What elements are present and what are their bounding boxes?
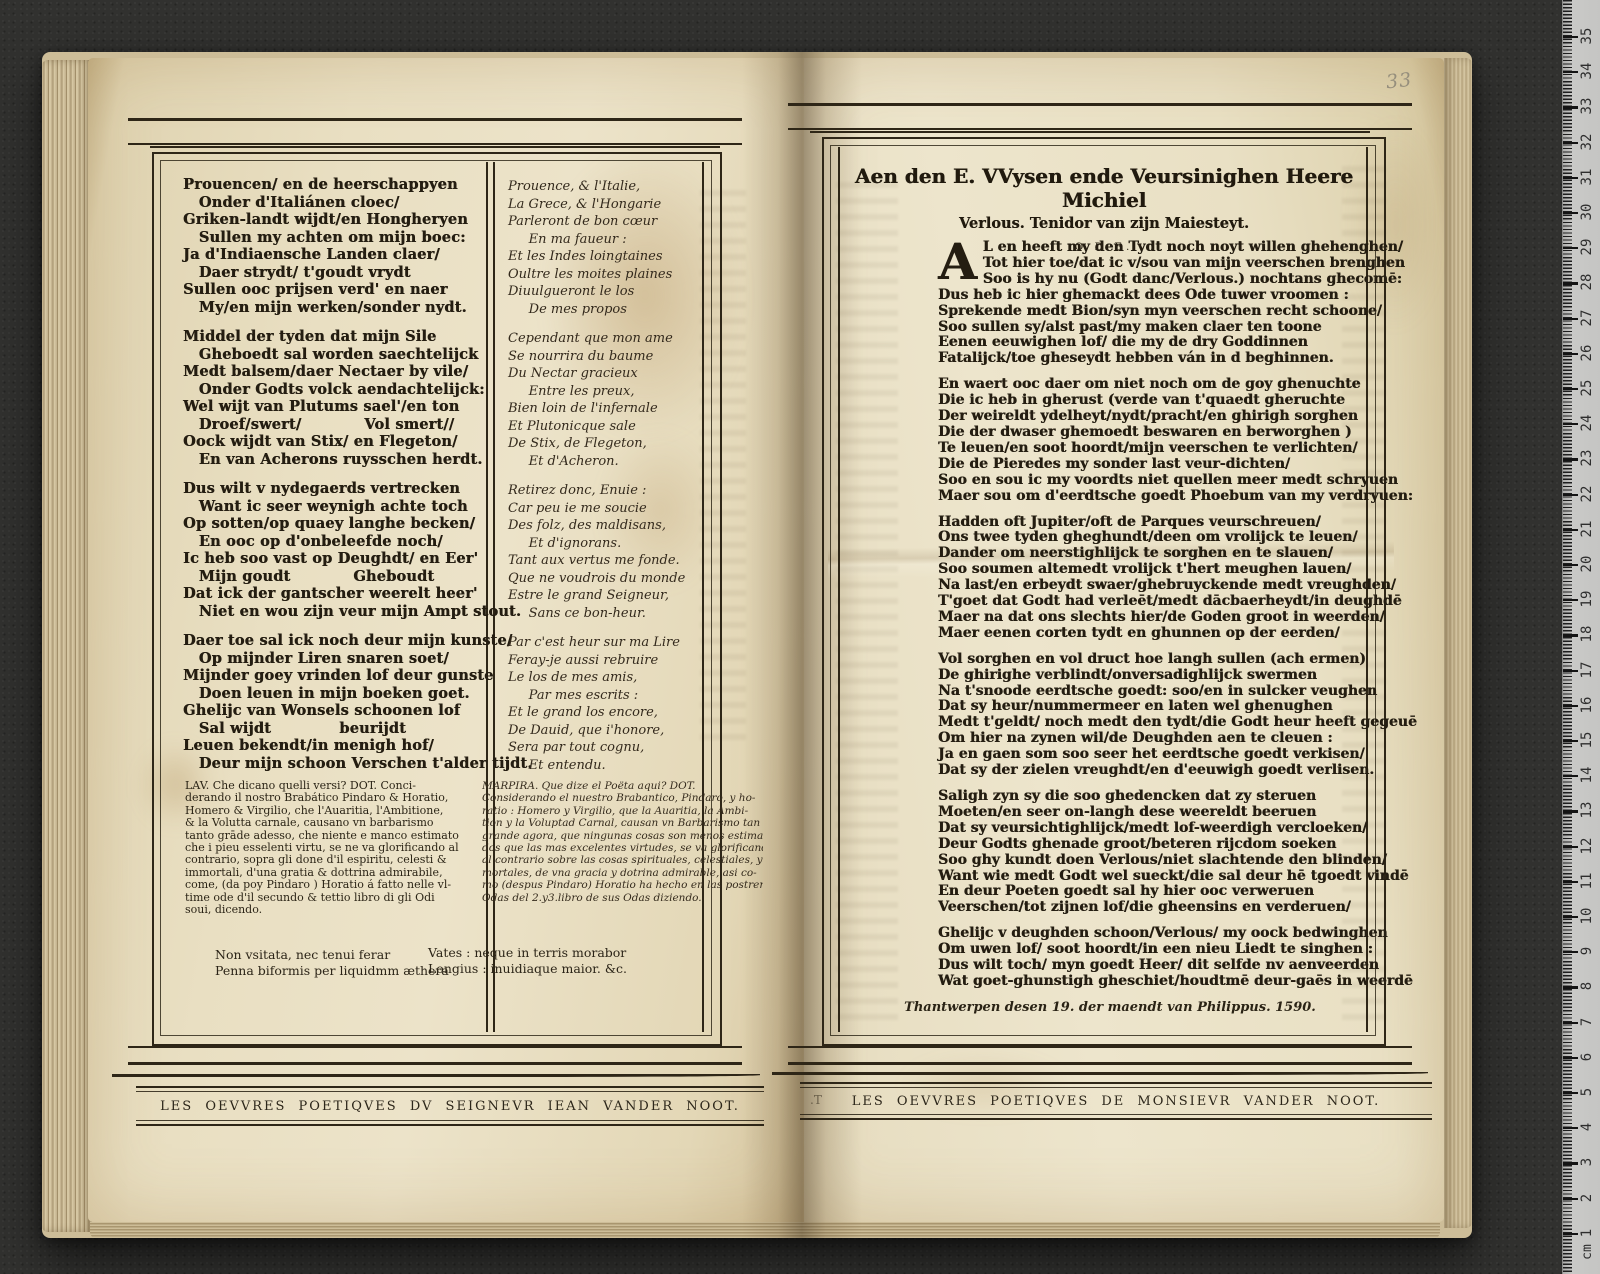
ruler-number: 30 [1577, 200, 1597, 224]
prose-line: time ode d'il secundo & tettio libro di … [185, 892, 763, 904]
ode-stanza: AL en heeft my den Tydt noch noyt willen… [938, 240, 1380, 367]
ruler-number: 13 [1577, 798, 1597, 822]
quote-line: Longius : inuidiaque maior. &c. [428, 961, 627, 977]
dutch-stanza: Middel der tyden dat mijn Sile Gheboedt … [183, 328, 495, 468]
verse-line: Maer eenen corten tydt en ghunnen op der… [938, 626, 1380, 642]
ruler-major-tick [1563, 353, 1578, 355]
prose-italic-text: tion y la Voluptad Carnal, causan vn Bar… [482, 817, 763, 829]
verse-line: En waert ooc daer om niet noch om de goy… [938, 377, 1380, 393]
verse-line: Des folz, des maldisans, [508, 517, 708, 535]
ruler-number: 21 [1577, 517, 1597, 541]
verse-line: Feray-je aussi rebruire [508, 652, 708, 670]
verse-line: Wel wijt van Plutums sael'/en ton [183, 398, 495, 416]
verse-line: Ja d'Indiaensche Landen claer/ [183, 246, 495, 264]
verse-line: Sera par tout cognu, [508, 739, 708, 757]
ruler-minor-ticks [1563, 0, 1572, 1274]
ruler-number: 8 [1577, 974, 1597, 998]
ruler-number: 6 [1577, 1045, 1597, 1069]
verse-line: Dus heb ic hier ghemackt dees Ode tuwer … [938, 288, 1380, 304]
prose-line: che i pieu esselenti virtu, se ne va glo… [185, 842, 763, 854]
verse-line: Medt balsem/daer Nectaer by vile/ [183, 363, 495, 381]
verse-line: Daer strydt/ t'goudt vrydt [183, 264, 495, 282]
verse-line: Wat goet-ghunstigh gheschiet/houdtmē deu… [938, 974, 1380, 990]
prose-italic-text: ratio : Homero y Virgilio, que la Auarit… [482, 805, 763, 817]
verse-line: Middel der tyden dat mijn Sile [183, 328, 495, 346]
french-verse-column: Prouence, & l'Italie,La Grece, & l'Honga… [508, 178, 708, 786]
quote-line: Non vsitata, nec tenui ferar [215, 947, 449, 963]
verse-line: Sullen my achten om mijn boec: [183, 229, 495, 247]
verse-line: My/en mijn werken/sonder nydt. [183, 299, 495, 317]
prose-line: & la Volutta carnale, causano vn barbari… [185, 817, 763, 829]
french-stanza: Prouence, & l'Italie,La Grece, & l'Honga… [508, 178, 708, 318]
verse-line: Op mijnder Liren snaren soet/ [183, 650, 495, 668]
verse-line: Car peu ie me soucie [508, 500, 708, 518]
verse-line: Na t'snoode eerdtsche goedt: soo/en in s… [938, 684, 1380, 700]
ode-stanza: Saligh zyn sy die soo ghedencken dat zy … [938, 789, 1380, 916]
ruler-major-tick [1563, 318, 1578, 320]
verse-line: De mes propos [508, 301, 708, 319]
ruler-number: 33 [1577, 94, 1597, 118]
ruler-major-tick [1563, 705, 1578, 707]
ruler-number: 11 [1577, 869, 1597, 893]
commentary-prose: LAV. Che dicano quelli versi? DOT. Conci… [185, 780, 763, 916]
verse-line: Om hier na zynen wil/de Deughden aen te … [938, 731, 1380, 747]
ruler-number: 3 [1577, 1150, 1597, 1174]
verse-line: Maer na dat ons slechts hier/de Goden gr… [938, 610, 1380, 626]
verse-line: Ic heb soo vast op Deughdt/ en Eer' [183, 550, 495, 568]
ruler-number: 23 [1577, 446, 1597, 470]
verse-line: T'goet dat Godt had verleēt/medt dācbaer… [938, 594, 1380, 610]
verse-line: Die ic heb in gherust (verde van t'quaed… [938, 393, 1380, 409]
verse-line: Ons twee tyden gheghundt/deen om vrolijc… [938, 530, 1380, 546]
ruler-number: 12 [1577, 834, 1597, 858]
dutch-stanza: Daer toe sal ick noch deur mijn kunste/ … [183, 632, 495, 772]
verse-line: Want ic seer weynigh achte toch [183, 498, 495, 516]
ode-stanza: Vol sorghen en vol druct hoe langh sulle… [938, 652, 1380, 779]
ruler-major-tick [1563, 951, 1578, 953]
ruler-major-tick [1563, 1127, 1578, 1129]
ode-verse-column: AL en heeft my den Tydt noch noyt willen… [938, 240, 1380, 1000]
prose-roman-text: come, (da poy Pindaro ) Horatio á fatto … [185, 879, 482, 891]
verse-line: Ja en gaen som soo seer het eerdtsche go… [938, 747, 1380, 763]
ruler-major-tick [1563, 881, 1578, 883]
prose-roman-text: Homero & Virgilio, che l'Auaritia, l'Amb… [185, 805, 482, 817]
verse-line: Oock wijdt van Stix/ en Flegeton/ [183, 433, 495, 451]
verse-line: Soo is hy nu (Godt danc/Verlous.) nochta… [938, 272, 1380, 288]
verse-line: Du Nectar gracieux [508, 365, 708, 383]
verse-line: Soo ghy kundt doen Verlous/niet slachten… [938, 853, 1380, 869]
ruler-number: 14 [1577, 763, 1597, 787]
verse-line: Moeten/en seer on-langh dese weereldt be… [938, 805, 1380, 821]
prose-roman-text: LAV. Che dicano quelli versi? DOT. Conci… [185, 780, 482, 792]
verse-line: Ghelijc v deughden schoon/Verlous/ my oo… [938, 926, 1380, 942]
prose-roman-text: & la Volutta carnale, causano vn barbari… [185, 817, 482, 829]
ruler-number: 27 [1577, 306, 1597, 330]
prose-line: immortali, d'una gratia & dottrina admir… [185, 867, 763, 879]
prose-roman-text: derando il nostro Brabático Pindaro & Ho… [185, 792, 482, 804]
verse-line: En ooc op d'onbeleefde noch/ [183, 533, 495, 551]
ruler-number: 17 [1577, 658, 1597, 682]
verse-line: Deur Godts ghenade groot/beteren rijcdom… [938, 837, 1380, 853]
verse-line: Na last/en erbeydt swaer/ghebruyckende m… [938, 578, 1380, 594]
prose-line: tanto grāde adesso, che niente e manco e… [185, 830, 763, 842]
verse-line: Cependant que mon ame [508, 330, 708, 348]
ruler-major-tick [1563, 1022, 1578, 1024]
measuring-ruler: 3534333231302928272625242322212019181716… [1562, 0, 1600, 1274]
ruler-major-tick [1563, 599, 1578, 601]
ruler-major-tick [1563, 423, 1578, 425]
verse-line: Le los de mes amis, [508, 669, 708, 687]
ruler-unit-label: cm [1577, 1240, 1597, 1264]
verse-line: Que ne voudrois du monde [508, 570, 708, 588]
verse-line: Entre les preux, [508, 383, 708, 401]
verse-line: En van Acherons ruysschen herdt. [183, 451, 495, 469]
ruler-major-tick [1563, 494, 1578, 496]
verse-line: Op sotten/op quaey langhe becken/ [183, 515, 495, 533]
latin-quote-right: Vates : neque in terris moraborLongius :… [428, 945, 627, 977]
verse-line: Gheboedt sal worden saechtelijck [183, 346, 495, 364]
left-frame-skirt [112, 1074, 760, 1077]
ruler-number: 26 [1577, 341, 1597, 365]
verse-line: Oultre les moites plaines [508, 266, 708, 284]
right-page-edges [1444, 58, 1472, 1228]
verse-line: Leuen bekendt/in menigh hof/ [183, 737, 495, 755]
verse-line: Die der dwaser ghemoedt beswaren en berw… [938, 425, 1380, 441]
verse-line: En deur Poeten goedt sal hy hier ooc ver… [938, 884, 1380, 900]
ruler-number: 18 [1577, 622, 1597, 646]
verse-line: Et entendu. [508, 757, 708, 775]
verse-line: Dat sy heur/nummermeer en laten wel ghen… [938, 699, 1380, 715]
prose-italic-text: mo (despus Pindaro) Horatio ha hecho en … [482, 879, 763, 891]
verse-line: Dus wilt toch/ myn goedt Heer/ dit selfd… [938, 958, 1380, 974]
ruler-major-tick [1563, 177, 1578, 179]
verse-line: Medt t'geldt/ noch medt den tydt/die God… [938, 715, 1380, 731]
verse-line: Et d'ignorans. [508, 535, 708, 553]
verse-line: Soo soumen altemedt vrolijck t'hert meug… [938, 562, 1380, 578]
prose-italic-text: Considerando el nuestro Brabantico, Pind… [482, 792, 763, 804]
verse-line: Prouence, & l'Italie, [508, 178, 708, 196]
handwritten-folio-number: 33 [1385, 69, 1413, 94]
verse-line: Mijnder goey vrinden lof deur gunste [183, 667, 495, 685]
ruler-major-tick [1563, 740, 1578, 742]
dedication-subline: Verlous. Tenidor van zijn Maiesteyt. [832, 214, 1376, 234]
ruler-number: 2 [1577, 1186, 1597, 1210]
prose-roman-text: time ode d'il secundo & tettio libro di … [185, 892, 482, 904]
ruler-major-tick [1563, 458, 1578, 460]
dutch-stanza: Prouencen/ en de heerschappyen Onder d'I… [183, 176, 495, 316]
verse-line: Sal wijdt beurijdt [183, 720, 495, 738]
prose-italic-text: MARPIRA. Que dize el Poëta aqui? DOT. [482, 780, 763, 792]
prose-italic-text: mortales, de vna gracia y dotrina admira… [482, 867, 763, 879]
verse-line: Soo sullen sy/alst past/my maken claer t… [938, 320, 1380, 336]
french-stanza: Par c'est heur sur ma LireFeray-je aussi… [508, 634, 708, 774]
verse-line: Prouencen/ en de heerschappyen [183, 176, 495, 194]
left-page-edges [42, 60, 92, 1232]
verse-line: L en heeft my den Tydt noch noyt willen … [938, 240, 1380, 256]
verse-line: Tot hier toe/dat ic v/sou van mijn veers… [938, 256, 1380, 272]
prose-italic-text: Odas del 2.y3.libro de sus Odas diziendo… [482, 892, 763, 904]
ruler-major-tick [1563, 670, 1578, 672]
prose-italic-text: al contrario sobre las cosas spirituales… [482, 854, 763, 866]
ruler-number: 15 [1577, 728, 1597, 752]
ruler-major-tick [1563, 846, 1578, 848]
left-footer-band: LES OEVVRES POETIQVES DV SEIGNEVR IEAN V… [136, 1086, 764, 1126]
ruler-major-tick [1563, 1233, 1578, 1235]
ruler-number: 4 [1577, 1115, 1597, 1139]
prose-line: derando il nostro Brabático Pindaro & Ho… [185, 792, 763, 804]
ruler-number: 5 [1577, 1080, 1597, 1104]
ruler-number: 32 [1577, 130, 1597, 154]
verse-line: Sullen ooc prijsen verd' en naer [183, 281, 495, 299]
verse-line: La Grece, & l'Hongarie [508, 196, 708, 214]
verse-line: De Stix, de Flegeton, [508, 435, 708, 453]
ode-stanza: Hadden oft Jupiter/oft de Parques veursc… [938, 515, 1380, 642]
ruler-major-tick [1563, 810, 1578, 812]
ruler-major-tick [1563, 247, 1578, 249]
verse-line: Mijn goudt Gheboudt [183, 568, 495, 586]
verse-line: Se nourrira du baume [508, 348, 708, 366]
ruler-major-tick [1563, 1198, 1578, 1200]
ruler-number: 16 [1577, 693, 1597, 717]
prose-line: soui, dicendo. [185, 904, 763, 916]
verse-line: Bien loin de l'infernale [508, 400, 708, 418]
quote-line: Vates : neque in terris morabor [428, 945, 627, 961]
verse-line: Dander om neerstighlijck te sorghen en t… [938, 546, 1380, 562]
right-frame-base [788, 1046, 1412, 1065]
prose-line: Homero & Virgilio, che l'Auaritia, l'Amb… [185, 805, 763, 817]
french-stanza: Cependant que mon ameSe nourrira du baum… [508, 330, 708, 470]
verse-line: Om uwen lof/ soot hoordt/in een nieu Lie… [938, 942, 1380, 958]
ruler-major-tick [1563, 388, 1578, 390]
ruler-major-tick [1563, 986, 1578, 988]
prose-italic-text [482, 904, 763, 916]
ruler-number: 35 [1577, 24, 1597, 48]
photo-stage: LES OEVVRES POETIQVES DV SEIGNEVR IEAN V… [0, 0, 1600, 1274]
verse-line: Et le grand los encore, [508, 704, 708, 722]
verse-line: De ghirighe verblindt/onversadighlijck s… [938, 668, 1380, 684]
verse-line: Sprekende medt Bion/syn myn veerschen re… [938, 304, 1380, 320]
verse-line: Saligh zyn sy die soo ghedencken dat zy … [938, 789, 1380, 805]
prose-line: contrario, sopra gli done d'il espiritu,… [185, 854, 763, 866]
ode-stanza: Ghelijc v deughden schoon/Verlous/ my oo… [938, 926, 1380, 990]
ruler-number: 20 [1577, 552, 1597, 576]
verse-line: Et Plutonicque sale [508, 418, 708, 436]
prose-roman-text: che i pieu esselenti virtu, se ne va glo… [185, 842, 482, 854]
ruler-number: 25 [1577, 376, 1597, 400]
verse-line: Et les Indes loingtaines [508, 248, 708, 266]
verse-line: Onder Godts volck aendachtelijck: [183, 381, 495, 399]
right-footer-band: .T LES OEVVRES POETIQVES DE MONSIEVR VAN… [800, 1082, 1432, 1120]
verse-line: Te leuen/en soot hoordt/mijn veerschen t… [938, 441, 1380, 457]
left-frame-base [128, 1046, 742, 1065]
verse-line: Niet en wou zijn veur mijn Ampt stout. [183, 603, 495, 621]
verse-line: Doen leuen in mijn boeken goet. [183, 685, 495, 703]
verse-line: Et d'Acheron. [508, 453, 708, 471]
dutch-verse-column: Prouencen/ en de heerschappyen Onder d'I… [183, 176, 495, 784]
verse-line: Maer sou om d'eerdtsche goedt Phoebum va… [938, 489, 1380, 505]
verse-line: Sans ce bon-heur. [508, 605, 708, 623]
verse-line: Diuulgueront le los [508, 283, 708, 301]
verse-line: Par mes escrits : [508, 687, 708, 705]
right-running-title: LES OEVVRES POETIQVES DE MONSIEVR VANDER… [800, 1084, 1432, 1118]
ruler-major-tick [1563, 775, 1578, 777]
ruler-number: 22 [1577, 482, 1597, 506]
verse-line: Vol sorghen en vol druct hoe langh sulle… [938, 652, 1380, 668]
latin-quote-left: Non vsitata, nec tenui ferarPenna biform… [215, 947, 449, 979]
ruler-number: 28 [1577, 270, 1597, 294]
ruler-major-tick [1563, 106, 1578, 108]
ruler-number: 9 [1577, 939, 1597, 963]
prose-roman-text: immortali, d'una gratia & dottrina admir… [185, 867, 482, 879]
verse-line: Par c'est heur sur ma Lire [508, 634, 708, 652]
ruler-number: 24 [1577, 411, 1597, 435]
french-stanza: Retirez donc, Enuie :Car peu ie me souci… [508, 482, 708, 622]
left-running-title: LES OEVVRES POETIQVES DV SEIGNEVR IEAN V… [136, 1088, 764, 1124]
quote-line: Penna biformis per liquidmm æthera [215, 963, 449, 979]
ruler-major-tick [1563, 71, 1578, 73]
verse-line: Daer toe sal ick noch deur mijn kunste/ [183, 632, 495, 650]
right-frame-skirt [772, 1072, 1428, 1075]
ruler-number: 31 [1577, 165, 1597, 189]
verse-line: Want wie medt Godt wel sueckt/die sal de… [938, 869, 1380, 885]
verse-line: Dat sy der zielen vreughdt/en d'eeuwigh … [938, 763, 1380, 779]
colophon-line: Thantwerpen desen 19. der maendt van Phi… [860, 1000, 1360, 1015]
prose-roman-text: contrario, sopra gli done d'il espiritu,… [185, 854, 482, 866]
ruler-number: 19 [1577, 587, 1597, 611]
left-frame-cornice [128, 118, 742, 145]
verse-line: Fatalijck/toe gheseydt hebben ván in d b… [938, 351, 1380, 367]
verse-line: Soo en sou ic my voordts niet quellen me… [938, 473, 1380, 489]
ode-stanza: En waert ooc daer om niet noch om de goy… [938, 377, 1380, 504]
ruler-major-tick [1563, 1162, 1578, 1164]
verse-line: Ghelijc van Wonsels schoonen lof [183, 702, 495, 720]
left-frame-architrave [150, 146, 720, 148]
verse-line: Hadden oft Jupiter/oft de Parques veursc… [938, 515, 1380, 531]
ruler-major-tick [1563, 1092, 1578, 1094]
ruler-major-tick [1563, 36, 1578, 38]
ruler-major-tick [1563, 529, 1578, 531]
ruler-major-tick [1563, 142, 1578, 144]
verse-line: Griken-landt wijdt/en Hongheryen [183, 211, 495, 229]
prose-roman-text: soui, dicendo. [185, 904, 482, 916]
verse-line: Dat ick der gantscher weerelt heer' [183, 585, 495, 603]
prose-italic-text: dos que las mas excelentes virtudes, se … [482, 842, 763, 854]
ruler-major-tick [1563, 282, 1578, 284]
verse-line: Droef/swert/ Vol smert// [183, 416, 495, 434]
verse-line: Dat sy veursichtighlijck/medt lof-weerdi… [938, 821, 1380, 837]
prose-line: LAV. Che dicano quelli versi? DOT. Conci… [185, 780, 763, 792]
ruler-number: 7 [1577, 1010, 1597, 1034]
prose-line: come, (da poy Pindaro ) Horatio á fatto … [185, 879, 763, 891]
verse-line: Dus wilt v nydegaerds vertrecken [183, 480, 495, 498]
ruler-major-tick [1563, 564, 1578, 566]
verse-line: Deur mijn schoon Verschen t'alder tijdt. [183, 755, 495, 773]
verse-line: Eenen eeuwighen lof/ die my de dry Goddi… [938, 335, 1380, 351]
verse-line: De Dauid, que i'honore, [508, 722, 708, 740]
ruler-number: 10 [1577, 904, 1597, 928]
verse-line: Parleront de bon cœur [508, 213, 708, 231]
verse-line: Die de Pieredes my sonder last veur-dich… [938, 457, 1380, 473]
ruler-number: 29 [1577, 235, 1597, 259]
inner-column-rule [838, 147, 840, 1032]
verse-line: En ma faueur : [508, 231, 708, 249]
ruler-major-tick [1563, 1057, 1578, 1059]
ruler-major-tick [1563, 212, 1578, 214]
dedication-line: Aen den E. VVysen ende Veursinighen Heer… [832, 164, 1376, 212]
ruler-major-tick [1563, 916, 1578, 918]
right-frame-architrave [810, 131, 1370, 133]
prose-roman-text: tanto grāde adesso, che niente e manco e… [185, 830, 482, 842]
verse-line: Retirez donc, Enuie : [508, 482, 708, 500]
verse-line: Veerschen/tot zijnen lof/die gheensins e… [938, 900, 1380, 916]
dutch-stanza: Dus wilt v nydegaerds vertrecken Want ic… [183, 480, 495, 620]
verse-line: Estre le grand Seigneur, [508, 587, 708, 605]
verse-line: Tant aux vertus me fonde. [508, 552, 708, 570]
ruler-number: 34 [1577, 59, 1597, 83]
verse-line: Der weireldt ydelheyt/nydt/pracht/en ghi… [938, 409, 1380, 425]
verse-line: Onder d'Italiánen cloec/ [183, 194, 495, 212]
ruler-major-tick [1563, 634, 1578, 636]
prose-italic-text: grande agora, que ningunas cosas son men… [482, 830, 763, 842]
right-frame-cornice [788, 103, 1412, 130]
dropcap-letter: A [938, 240, 983, 284]
